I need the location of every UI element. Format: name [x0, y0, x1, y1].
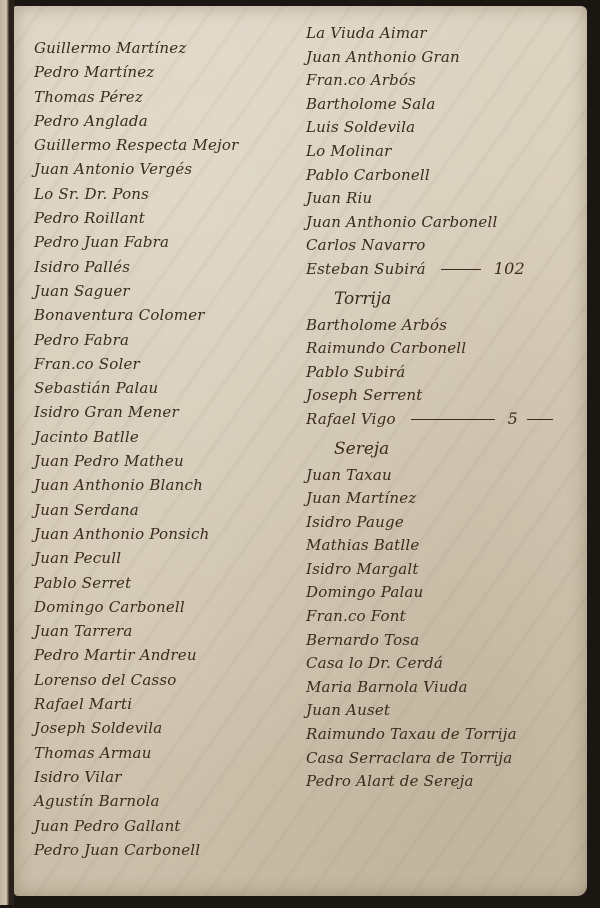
name-entry: Casa lo Dr. Cerdá — [306, 651, 581, 675]
name-entry: Pedro Martir Andreu — [34, 643, 304, 667]
name-entry: Lo Molinar — [306, 139, 581, 163]
name-entry: Bernardo Tosa — [306, 628, 581, 652]
name-entry: Juan Pedro Matheu — [34, 449, 304, 473]
total-rule — [527, 419, 553, 420]
section-heading: Torrija — [306, 281, 581, 313]
name-entry: La Viuda Aimar — [306, 21, 581, 45]
name-entry: Juan Taxau — [306, 463, 581, 487]
name-entry: Juan Anthonio Ponsich — [34, 522, 304, 546]
total-row: Esteban Subirá 102 — [306, 257, 581, 281]
name-entry: Juan Anthonio Gran — [306, 45, 581, 69]
name-entry: Pablo Subirá — [306, 360, 581, 384]
name-entry: Pablo Serret — [34, 571, 304, 595]
total-rule — [411, 419, 495, 420]
name-entry: Rafael Vigo — [306, 410, 396, 428]
name-entry: Rafael Marti — [34, 692, 304, 716]
name-entry: Raimundo Carbonell — [306, 336, 581, 360]
name-entry: Isidro Pallés — [34, 255, 304, 279]
name-entry: Pedro Roillant — [34, 206, 304, 230]
name-entry: Casa Serraclara de Torrija — [306, 746, 581, 770]
name-entry: Domingo Palau — [306, 580, 581, 604]
name-entry: Juan Serdana — [34, 498, 304, 522]
name-entry: Juan Tarrera — [34, 619, 304, 643]
name-entry: Pedro Fabra — [34, 328, 304, 352]
name-entry: Raimundo Taxau de Torrija — [306, 722, 581, 746]
name-entry: Juan Auset — [306, 698, 581, 722]
name-entry: Fran.co Arbós — [306, 68, 581, 92]
name-entry: Juan Saguer — [34, 279, 304, 303]
name-entry: Domingo Carbonell — [34, 595, 304, 619]
name-entry: Thomas Armau — [34, 741, 304, 765]
section-heading: Sereja — [306, 431, 581, 463]
group-total: 5 — [508, 409, 518, 428]
name-entry: Juan Riu — [306, 186, 581, 210]
name-entry: Isidro Gran Mener — [34, 400, 304, 424]
left-name-column: Guillermo Martínez Pedro Martínez Thomas… — [34, 36, 304, 862]
name-entry: Juan Anthonio Blanch — [34, 473, 304, 497]
name-entry: Luis Soldevila — [306, 115, 581, 139]
group-total: 102 — [494, 259, 525, 278]
name-entry: Jacinto Batlle — [34, 425, 304, 449]
name-entry: Pedro Alart de Sereja — [306, 769, 581, 793]
name-entry: Sebastián Palau — [34, 376, 304, 400]
name-entry: Agustín Barnola — [34, 789, 304, 813]
total-row: Rafael Vigo 5 — [306, 407, 581, 431]
name-entry: Lorenso del Casso — [34, 668, 304, 692]
right-name-column: La Viuda Aimar Juan Anthonio Gran Fran.c… — [306, 21, 581, 793]
name-entry: Juan Anthonio Carbonell — [306, 210, 581, 234]
name-entry: Maria Barnola Viuda — [306, 675, 581, 699]
name-entry: Isidro Vilar — [34, 765, 304, 789]
name-entry: Joseph Serrent — [306, 383, 581, 407]
name-entry: Isidro Margalt — [306, 557, 581, 581]
name-entry: Juan Pedro Gallant — [34, 814, 304, 838]
name-entry: Pedro Martínez — [34, 60, 304, 84]
name-entry: Fran.co Soler — [34, 352, 304, 376]
name-entry: Pedro Juan Carbonell — [34, 838, 304, 862]
total-rule — [441, 269, 481, 270]
name-entry: Thomas Pérez — [34, 85, 304, 109]
name-entry: Lo Sr. Dr. Pons — [34, 182, 304, 206]
name-entry: Joseph Soldevila — [34, 716, 304, 740]
name-entry: Juan Antonio Vergés — [34, 157, 304, 181]
name-entry: Esteban Subirá — [306, 260, 426, 278]
name-entry: Juan Martínez — [306, 486, 581, 510]
name-entry: Fran.co Font — [306, 604, 581, 628]
name-entry: Carlos Navarro — [306, 233, 581, 257]
name-entry: Guillermo Martínez — [34, 36, 304, 60]
name-entry: Bartholome Sala — [306, 92, 581, 116]
name-entry: Pedro Anglada — [34, 109, 304, 133]
name-entry: Juan Pecull — [34, 546, 304, 570]
name-entry: Bonaventura Colomer — [34, 303, 304, 327]
name-entry: Isidro Pauge — [306, 510, 581, 534]
name-entry: Pablo Carbonell — [306, 163, 581, 187]
adjacent-page-edge — [0, 0, 9, 905]
name-entry: Bartholome Arbós — [306, 313, 581, 337]
name-entry: Pedro Juan Fabra — [34, 230, 304, 254]
name-entry: Guillermo Respecta Mejor — [34, 133, 304, 157]
manuscript-page: Guillermo Martínez Pedro Martínez Thomas… — [14, 6, 587, 896]
name-entry: Mathias Batlle — [306, 533, 581, 557]
